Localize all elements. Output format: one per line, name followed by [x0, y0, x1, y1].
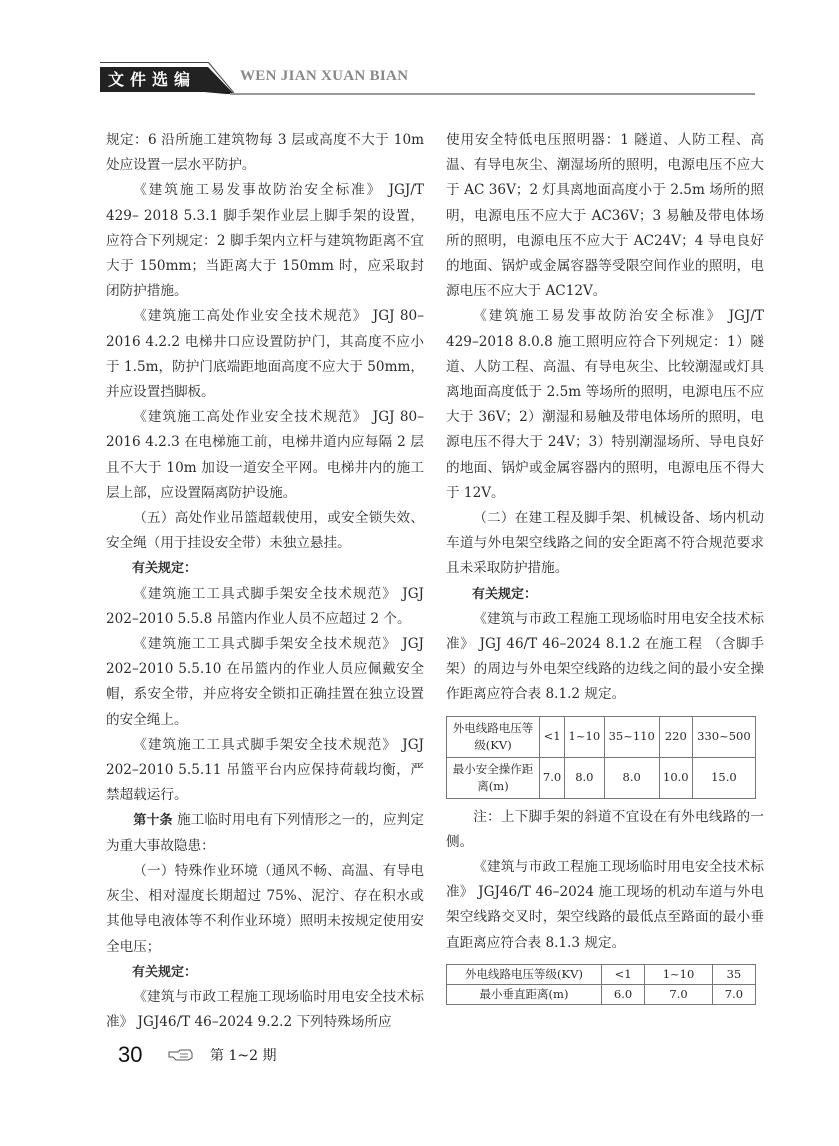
pointing-hand-icon	[168, 1048, 194, 1062]
article-label: 第十条	[133, 813, 172, 828]
page-header: 文件选编 WEN JIAN XUAN BIAN	[100, 62, 755, 92]
table-cell: <1	[540, 716, 565, 757]
table-row: 最小垂直距离(m) 6.0 7.0 7.0	[447, 984, 756, 1004]
table-cell: 10.0	[659, 757, 692, 798]
subheading: 有关规定：	[106, 556, 424, 581]
table-row: 外电线路电压等级(KV) <1 1~10 35~110 220 330~500	[447, 716, 756, 757]
paragraph: 《建筑施工工具式脚手架安全技术规范》 JGJ 202–2010 5.5.8 吊篮…	[106, 582, 424, 632]
paragraph: （一）特殊作业环境（通风不畅、高温、有导电灰尘、相对湿度长期超过 75%、泥泞、…	[106, 859, 424, 960]
paragraph: 《建筑施工易发事故防治安全标准》 JGJ/T 429– 2018 5.3.1 脚…	[106, 178, 424, 304]
row-header: 外电线路电压等级(KV)	[447, 964, 602, 984]
article-paragraph: 第十条 施工临时用电有下列情形之一的，应判定为重大事故隐患：	[106, 808, 424, 858]
subheading: 有关规定：	[446, 582, 764, 607]
table-cell: 35	[712, 964, 755, 984]
paragraph: 《建筑与市政工程施工现场临时用电安全技术标准》 JGJ46/T 46–2024 …	[106, 985, 424, 1035]
table-row: 外电线路电压等级(KV) <1 1~10 35	[447, 964, 756, 984]
header-top-rule	[100, 62, 208, 63]
paragraph: 《建筑与市政工程施工现场临时用电安全技术标准》 JGJ 46/T 46–2024…	[446, 607, 764, 708]
paragraph: （五）高处作业吊篮超载使用，或安全锁失效、安全绳（用于挂设安全带）未独立悬挂。	[106, 506, 424, 556]
header-rule	[230, 93, 755, 95]
table-cell: 330~500	[692, 716, 755, 757]
table-cell: 35~110	[604, 716, 659, 757]
table-cell: 220	[659, 716, 692, 757]
right-column: 使用安全特低电压照明器：1 隧道、人防工程、高温、有导电灰尘、潮湿场所的照明，电…	[446, 128, 764, 1011]
table-cell: <1	[602, 964, 645, 984]
paragraph: 《建筑施工高处作业安全技术规范》 JGJ 80–2016 4.2.3 在电梯施工…	[106, 405, 424, 506]
paragraph: 《建筑施工工具式脚手架安全技术规范》 JGJ 202–2010 5.5.11 吊…	[106, 733, 424, 809]
table-cell: 8.0	[565, 757, 604, 798]
table-cell: 8.0	[604, 757, 659, 798]
left-column: 规定：6 沿所施工建筑物每 3 层或高度不大于 10m 处应设置一层水平防护。 …	[106, 128, 424, 1035]
paragraph: 使用安全特低电压照明器：1 隧道、人防工程、高温、有导电灰尘、潮湿场所的照明，电…	[446, 128, 764, 304]
subheading: 有关规定：	[106, 960, 424, 985]
table-vertical-distance: 外电线路电压等级(KV) <1 1~10 35 最小垂直距离(m) 6.0 7.…	[446, 964, 756, 1005]
table-row: 最小安全操作距离(m) 7.0 8.0 8.0 10.0 15.0	[447, 757, 756, 798]
table-cell: 7.0	[645, 984, 713, 1004]
table-cell: 7.0	[540, 757, 565, 798]
issue-label: 第 1~2 期	[210, 1045, 276, 1065]
section-title-english: WEN JIAN XUAN BIAN	[240, 68, 408, 85]
page-number: 30	[118, 1042, 142, 1068]
paragraph: （二）在建工程及脚手架、机械设备、场内机动车道与外电架空线路之间的安全距离不符合…	[446, 506, 764, 582]
paragraph: 《建筑与市政工程施工现场临时用电安全技术标准》 JGJ46/T 46–2024 …	[446, 855, 764, 956]
table-cell: 1~10	[565, 716, 604, 757]
note: 注：上下脚手架的斜道不宜设在有外电线路的一侧。	[446, 805, 764, 855]
paragraph: 规定：6 沿所施工建筑物每 3 层或高度不大于 10m 处应设置一层水平防护。	[106, 128, 424, 178]
section-tab: 文件选编	[100, 67, 208, 92]
paragraph: 《建筑施工高处作业安全技术规范》 JGJ 80–2016 4.2.2 电梯井口应…	[106, 304, 424, 405]
row-header: 最小垂直距离(m)	[447, 984, 602, 1004]
row-header: 最小安全操作距离(m)	[447, 757, 540, 798]
table-cell: 1~10	[645, 964, 713, 984]
row-header: 外电线路电压等级(KV)	[447, 716, 540, 757]
header-slant-decoration	[204, 62, 234, 94]
table-safety-distance: 外电线路电压等级(KV) <1 1~10 35~110 220 330~500 …	[446, 716, 756, 799]
table-cell: 7.0	[712, 984, 755, 1004]
table-cell: 6.0	[602, 984, 645, 1004]
paragraph: 《建筑施工工具式脚手架安全技术规范》 JGJ 202–2010 5.5.10 在…	[106, 632, 424, 733]
table-cell: 15.0	[692, 757, 755, 798]
paragraph: 《建筑施工易发事故防治安全标准》 JGJ/T 429–2018 8.0.8 施工…	[446, 304, 764, 506]
